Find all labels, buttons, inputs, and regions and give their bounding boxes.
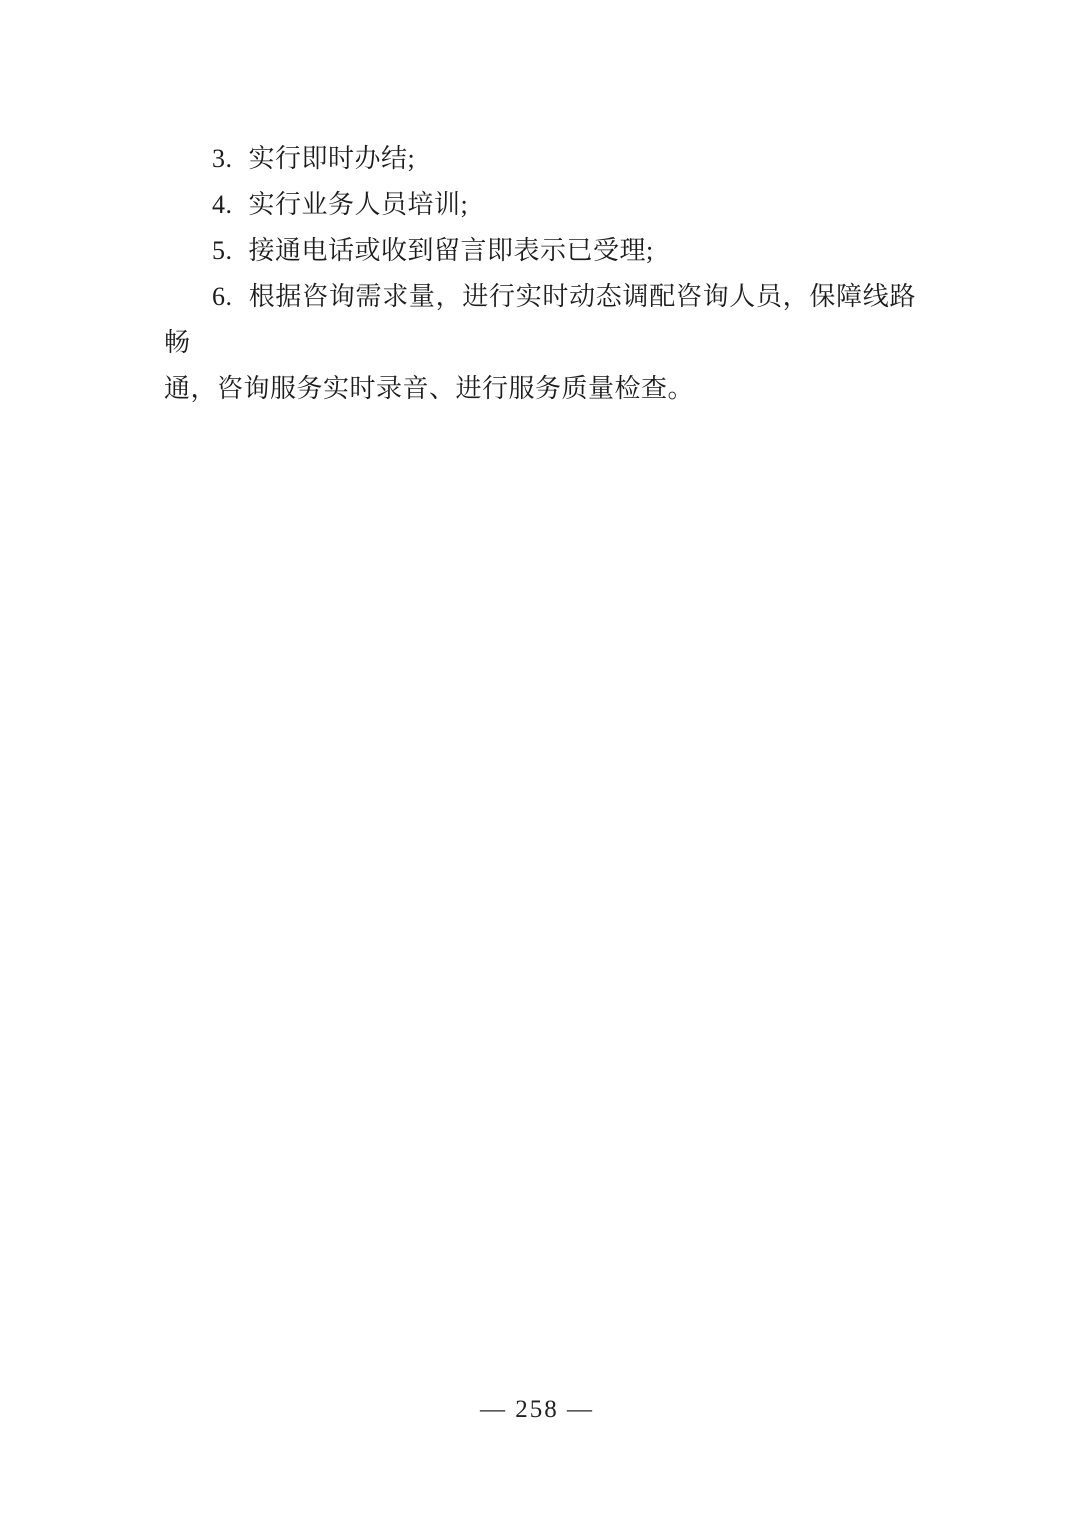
list-item-3: 3. 实行即时办结; bbox=[164, 136, 916, 182]
list-item-5: 5. 接通电话或收到留言即表示已受理; bbox=[164, 228, 916, 274]
paragraph-6-line-2: 通，咨询服务实时录音、进行服务质量检查。 bbox=[164, 366, 916, 412]
body-text: 3. 实行即时办结; 4. 实行业务人员培训; 5. 接通电话或收到留言即表示已… bbox=[164, 136, 916, 412]
paragraph-6-line-1: 6. 根据咨询需求量，进行实时动态调配咨询人员，保障线路畅 bbox=[164, 274, 916, 366]
page-number: — 258 — bbox=[0, 1396, 1074, 1424]
list-item-4: 4. 实行业务人员培训; bbox=[164, 182, 916, 228]
document-page: 3. 实行即时办结; 4. 实行业务人员培训; 5. 接通电话或收到留言即表示已… bbox=[0, 0, 1074, 1520]
